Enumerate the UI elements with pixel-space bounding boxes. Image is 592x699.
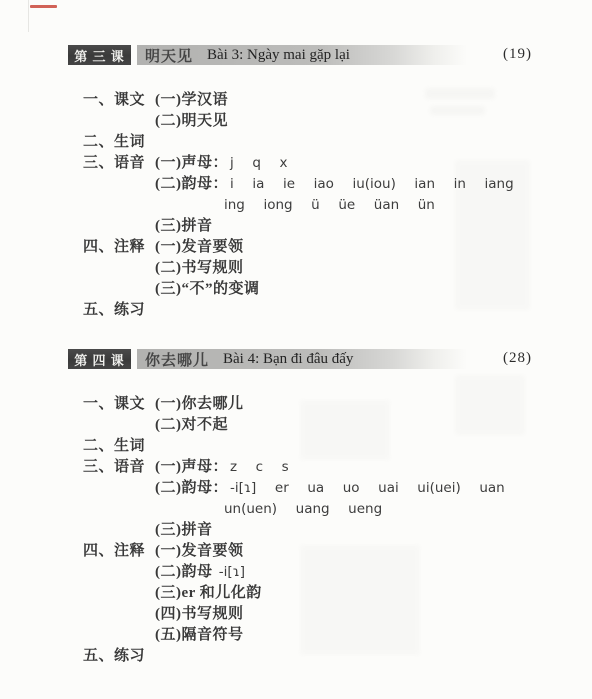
toc-row: (三)“不”的变调 (83, 279, 553, 300)
scan-edge-line (28, 0, 29, 32)
lesson-4-title-vietnamese: Bài 4: Bạn đi đâu đấy (223, 351, 353, 368)
toc-item-label: (三)拼音 (155, 216, 213, 237)
pinyin-text: ing iong ü üe üan ün (222, 195, 435, 216)
lesson-3-page-number: (19) (503, 46, 532, 63)
toc-item-label: (二)书写规则 (155, 258, 244, 279)
pinyin-text: un(uen) uang ueng (222, 499, 382, 520)
toc-item-label: (二)韵母： (155, 174, 228, 195)
toc-item-label: (一)发音要领 (155, 541, 244, 562)
toc-row: 二、生词 (83, 436, 553, 457)
toc-row: 二、生词 (83, 132, 553, 153)
toc-item-label: (三)er 和儿化韵 (155, 583, 262, 604)
toc-row: un(uen) uang ueng (83, 499, 553, 520)
toc-row: (二)韵母 -i[ɿ] (83, 562, 553, 583)
pinyin-text: -i[ɿ] er ua uo uai ui(uei) uan (228, 478, 505, 499)
toc-row: 五、练习 (83, 646, 553, 667)
toc-row: 四、注释(一)发音要领 (83, 541, 553, 562)
toc-section-label: 二、生词 (83, 132, 155, 153)
toc-section-label: 五、练习 (83, 646, 155, 667)
toc-row: (三)拼音 (83, 520, 553, 541)
toc-row: ing iong ü üe üan ün (83, 195, 553, 216)
toc-row: (二)对不起 (83, 415, 553, 436)
toc-row: (四)书写规则 (83, 604, 553, 625)
toc-row: 三、语音(一)声母：j q x (83, 153, 553, 174)
toc-row: (三)拼音 (83, 216, 553, 237)
lesson-4-toc-rows: 一、课文(一)你去哪儿(二)对不起二、生词三、语音(一)声母：z c s(二)韵… (83, 394, 553, 667)
toc-item-label: (一)发音要领 (155, 237, 244, 258)
lesson-3-title-chinese: 明天见 (145, 45, 193, 66)
toc-row: 五、练习 (83, 300, 553, 321)
toc-item-label: (三)拼音 (155, 520, 213, 541)
toc-section-label: 四、注释 (83, 237, 155, 258)
toc-row: (二)明天见 (83, 111, 553, 132)
toc-row: 一、课文(一)学汉语 (83, 90, 553, 111)
toc-row: 一、课文(一)你去哪儿 (83, 394, 553, 415)
lesson-3-badge: 第 三 课 (68, 45, 131, 65)
toc-item-label: (二)明天见 (155, 111, 228, 132)
toc-section-label: 三、语音 (83, 457, 155, 478)
pinyin-text: j q x (228, 153, 287, 174)
toc-section-label: 一、课文 (83, 90, 155, 111)
toc-item-label: (二)对不起 (155, 415, 228, 436)
toc-section-label: 四、注释 (83, 541, 155, 562)
pinyin-text: i ia ie iao iu(iou) ian in iang (228, 174, 514, 195)
toc-section-label: 二、生词 (83, 436, 155, 457)
toc-section-label: 三、语音 (83, 153, 155, 174)
lesson-4-badge: 第 四 课 (68, 349, 131, 369)
lesson-4-title-bar: 你去哪儿 Bài 4: Bạn đi đâu đấy (137, 349, 467, 369)
lesson-3-title-vietnamese: Bài 3: Ngày mai gặp lại (207, 47, 350, 64)
lesson-4-page-number: (28) (503, 350, 532, 367)
toc-row: (五)隔音符号 (83, 625, 553, 646)
lesson-3-title-bar: 明天见 Bài 3: Ngày mai gặp lại (137, 45, 467, 65)
toc-section-label: 五、练习 (83, 300, 155, 321)
toc-item-label: (二)韵母 (155, 562, 217, 583)
toc-item-label: (四)书写规则 (155, 604, 244, 625)
toc-item-label: (二)韵母： (155, 478, 228, 499)
toc-page: 第 三 课 明天见 Bài 3: Ngày mai gặp lại (19) 一… (0, 0, 592, 699)
toc-item-label: (一)你去哪儿 (155, 394, 244, 415)
toc-row: 四、注释(一)发音要领 (83, 237, 553, 258)
pinyin-text: z c s (228, 457, 289, 478)
toc-item-label: (三)“不”的变调 (155, 279, 260, 300)
toc-item-label: (一)声母： (155, 153, 228, 174)
toc-row: (二)韵母：-i[ɿ] er ua uo uai ui(uei) uan (83, 478, 553, 499)
toc-item-label: (五)隔音符号 (155, 625, 244, 646)
toc-row: 三、语音(一)声母：z c s (83, 457, 553, 478)
toc-row: (二)书写规则 (83, 258, 553, 279)
pinyin-text: -i[ɿ] (217, 562, 245, 583)
lesson-3-toc-rows: 一、课文(一)学汉语(二)明天见二、生词三、语音(一)声母：j q x(二)韵母… (83, 90, 553, 321)
red-tick-mark (30, 5, 57, 8)
toc-section-label: 一、课文 (83, 394, 155, 415)
toc-row: (二)韵母：i ia ie iao iu(iou) ian in iang (83, 174, 553, 195)
toc-item-label: (一)声母： (155, 457, 228, 478)
toc-item-label: (一)学汉语 (155, 90, 228, 111)
toc-row: (三)er 和儿化韵 (83, 583, 553, 604)
lesson-4-title-chinese: 你去哪儿 (145, 349, 209, 370)
